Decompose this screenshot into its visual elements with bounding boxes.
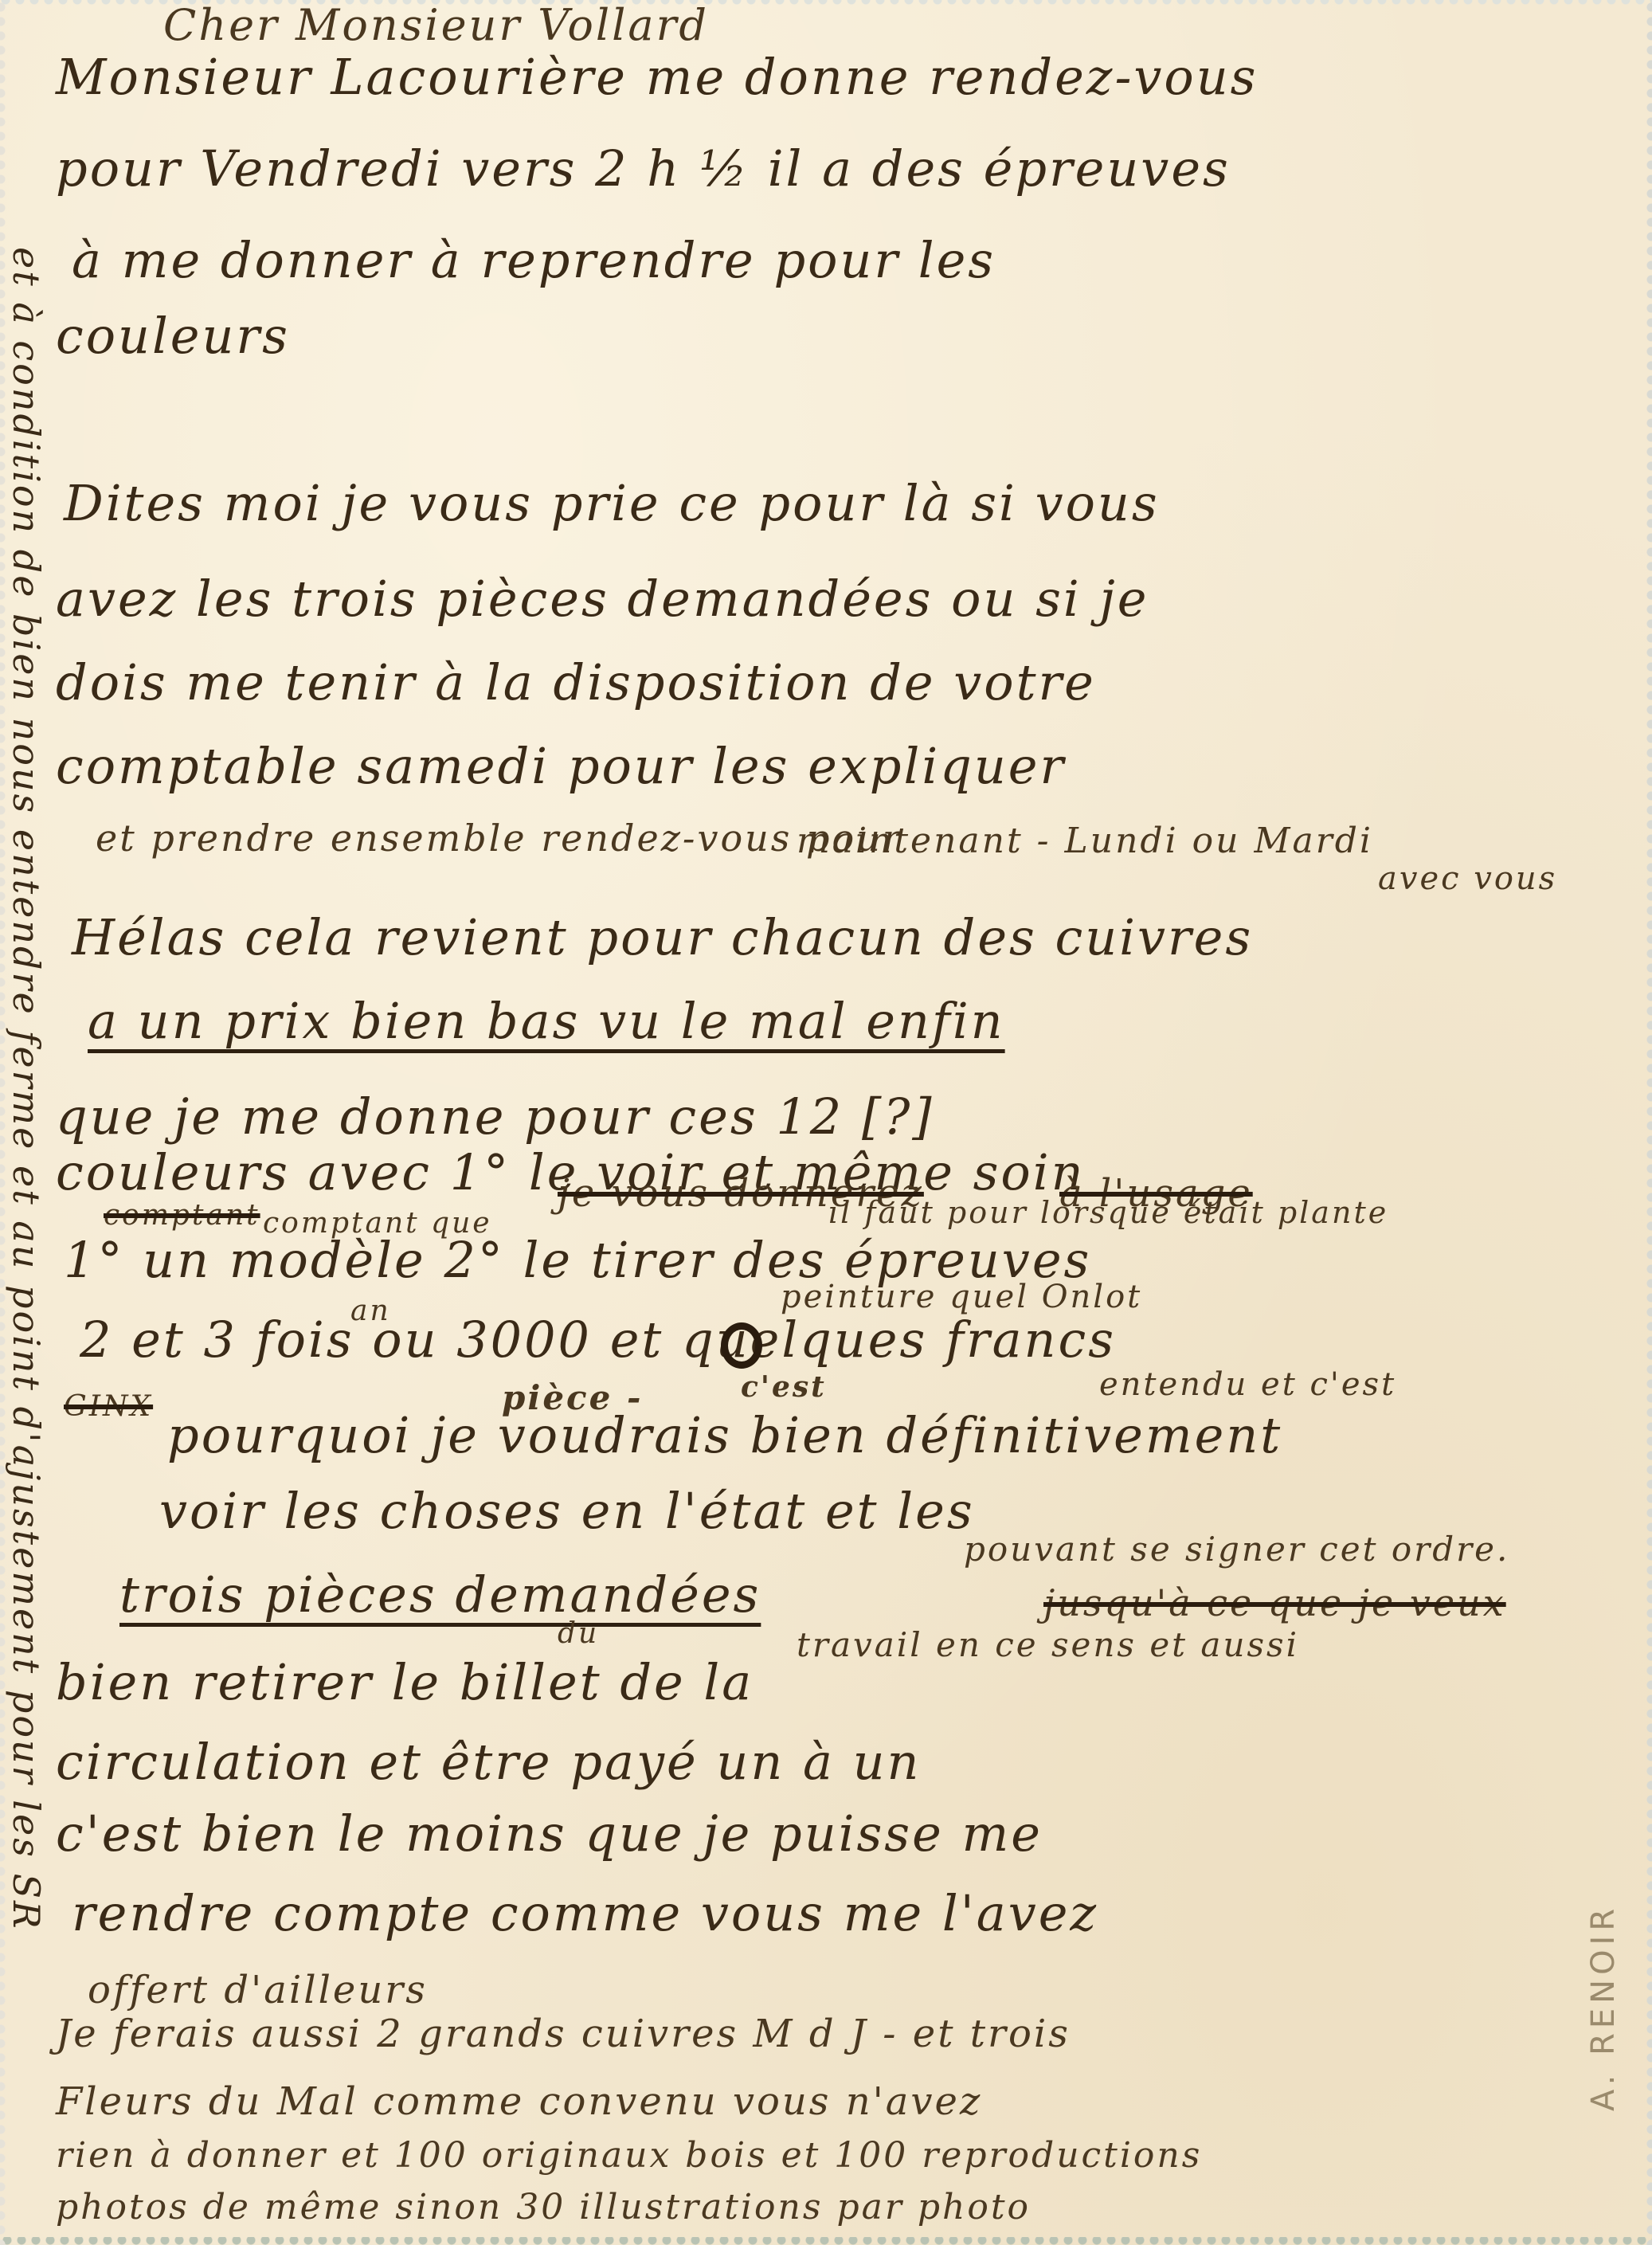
signature-renoir: A. RENOIR — [1585, 1904, 1622, 2111]
perforated-edge-bottom — [0, 2237, 1652, 2245]
letter-line-25: Fleurs du Mal comme convenu vous n'avez — [56, 2079, 982, 2124]
letter-sheet: Cher Monsieur Vollard Monsieur Lacourièr… — [0, 0, 1652, 2245]
letter-line-27: photos de même sinon 30 illustrations pa… — [56, 2187, 1031, 2227]
letter-line-6: avez les trois pièces demandées ou si je — [56, 570, 1149, 628]
letter-line-3: à me donner à reprendre pour les — [72, 231, 996, 289]
letter-line-19: bien retirer le billet de la — [56, 1653, 754, 1711]
letter-line-15: 2 et 3 fois ou 3000 et quelques francs — [80, 1311, 1116, 1369]
insertion-du: du — [558, 1617, 599, 1650]
letter-line-18: trois pièces demandées — [119, 1565, 761, 1624]
letter-line-8: comptable samedi pour les expliquer — [56, 737, 1066, 795]
letter-line-22: rendre compte comme vous me l'avez — [72, 1884, 1098, 1942]
insertion-il-faut: il faut pour lorsque était plante — [828, 1195, 1388, 1230]
letter-line-24: Je ferais aussi 2 grands cuivres M d J -… — [56, 2012, 1071, 2056]
letter-line-12: que je me donne pour ces 12 [?] — [56, 1087, 934, 1146]
salutation: Cher Monsieur Vollard — [163, 0, 709, 50]
letter-line-26: rien à donner et 100 originaux bois et 1… — [56, 2135, 1202, 2176]
letter-line-11: a un prix bien bas vu le mal enfin — [88, 992, 1005, 1050]
letter-line-2: pour Vendredi vers 2 h ½ il a des épreuv… — [56, 139, 1231, 198]
margin-mark-ginx: GINX — [64, 1390, 153, 1423]
letter-line-23: offert d'ailleurs — [88, 1968, 428, 2012]
insertion-entendu: entendu et c'est — [1099, 1366, 1396, 1403]
letter-line-4: couleurs — [56, 307, 290, 365]
left-margin-note: et à condition de bien nous entendre fer… — [5, 247, 48, 1931]
perforated-edge-right — [1646, 0, 1652, 2245]
letter-line-7: dois me tenir à la disposition de votre — [56, 653, 1096, 711]
letter-line-20: circulation et être payé un à un — [56, 1733, 922, 1791]
insertion-pouvant-signer: pouvant se signer cet ordre. — [964, 1530, 1509, 1569]
letter-line-1: Monsieur Lacourière me donne rendez-vous — [56, 48, 1259, 106]
insertion-travail: travail en ce sens et aussi — [797, 1625, 1299, 1664]
letter-line-21: c'est bien le moins que je puisse me — [56, 1804, 1043, 1863]
letter-line-17: voir les choses en l'état et les — [159, 1482, 975, 1540]
letter-line-16: pourquoi je voudrais bien définitivement — [167, 1406, 1282, 1464]
insertion-lundi-mardi: maintenant - Lundi ou Mardi — [797, 821, 1373, 861]
insertion-cest: c'est — [741, 1370, 827, 1404]
letter-line-5: Dites moi je vous prie ce pour là si vou… — [64, 474, 1160, 532]
struck-phrase-jusqu: jusqu'à ce que je veux — [1043, 1581, 1506, 1624]
letter-line-10: Hélas cela revient pour chacun des cuivr… — [72, 908, 1253, 966]
insertion-avec-vous: avec vous — [1378, 860, 1557, 897]
struck-phrase-comptant: comptant — [104, 1199, 260, 1232]
ink-blot — [721, 1322, 762, 1369]
letter-line-9: et prendre ensemble rendez-vous pour — [96, 817, 902, 860]
